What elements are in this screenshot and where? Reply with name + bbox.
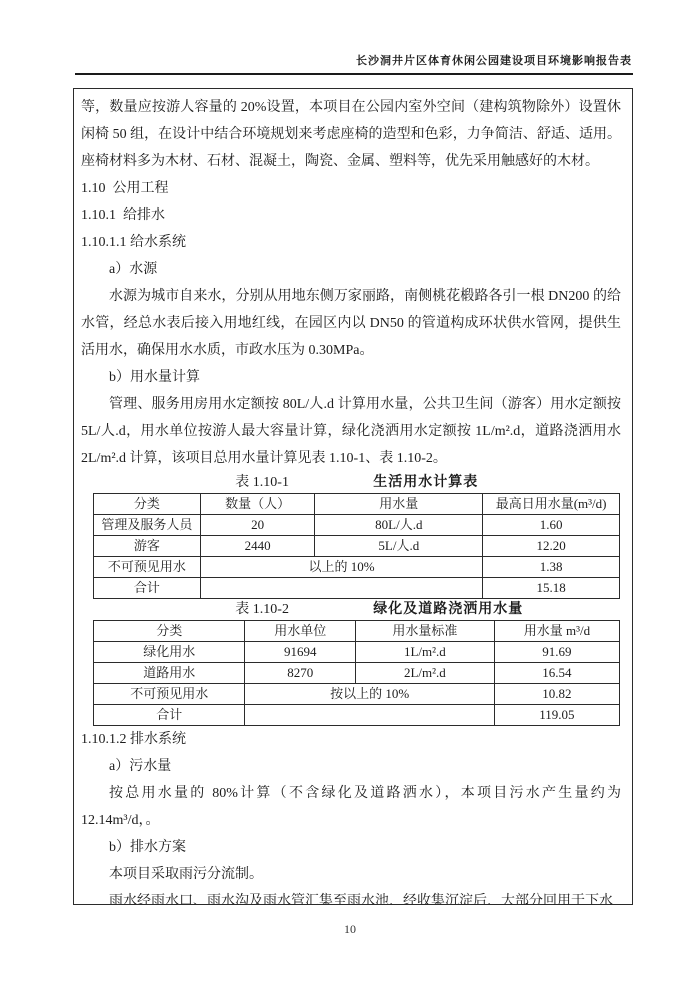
table-cell: 游客: [94, 536, 201, 557]
table-cell-merged: 按以上的 10%: [245, 684, 494, 705]
table1-row-unforeseen: 不可预见用水 以上的 10% 1.38: [94, 557, 620, 578]
header-rule: [75, 73, 633, 75]
table2-col-header: 用水量标准: [355, 621, 494, 642]
table-cell: 15.18: [483, 578, 620, 599]
table-cell: 绿化用水: [94, 642, 245, 663]
table2-row-road: 道路用水 8270 2L/m².d 16.54: [94, 663, 620, 684]
table1-col-header: 最高日用水量(m³/d): [483, 494, 620, 515]
table1-col-header: 数量（人）: [200, 494, 315, 515]
table-cell: 10.82: [494, 684, 619, 705]
heading-water-supply-system: 1.10.1.1 给水系统: [81, 229, 621, 256]
table-cell: 1.60: [483, 515, 620, 536]
header-title: 长沙洞井片区体育休闲公园建设项目环境影响报告表: [356, 52, 632, 68]
table1-caption-title: 生活用水计算表: [373, 472, 478, 493]
table-cell: 91.69: [494, 642, 619, 663]
heading-drainage-system: 1.10.1.2 排水系统: [81, 726, 621, 753]
table-cell: 1.38: [483, 557, 620, 578]
table-cell: 不可预见用水: [94, 557, 201, 578]
page-number: 10: [0, 922, 700, 937]
table-cell: 管理及服务人员: [94, 515, 201, 536]
table-cell: 80L/人.d: [315, 515, 483, 536]
table1-row-visitors: 游客 2440 5L/人.d 12.20: [94, 536, 620, 557]
paragraph-water-source: 水源为城市自来水，分别从用地东侧万家丽路，南侧桃花椴路各引一根 DN200 的给…: [81, 283, 621, 364]
table2-col-header: 分类: [94, 621, 245, 642]
item-water-source: a）水源: [81, 256, 621, 283]
table-cell: 1L/m².d: [355, 642, 494, 663]
table2-row-unforeseen: 不可预见用水 按以上的 10% 10.82: [94, 684, 620, 705]
table-cell: 合计: [94, 705, 245, 726]
table1-header-row: 分类 数量（人） 用水量 最高日用水量(m³/d): [94, 494, 620, 515]
table2-row-total: 合计 119.05: [94, 705, 620, 726]
table-cell-merged: [245, 705, 494, 726]
table-cell-merged: [200, 578, 482, 599]
table-cell: 不可预见用水: [94, 684, 245, 705]
table-cell-merged: 以上的 10%: [200, 557, 482, 578]
table-cell: 119.05: [494, 705, 619, 726]
heading-public-works: 1.10 公用工程: [81, 175, 621, 202]
heading-water-drainage: 1.10.1 给排水: [81, 202, 621, 229]
table1-block: 表 1.10-1 生活用水计算表 分类 数量（人） 用水量 最高日用水量(m³/…: [93, 472, 620, 599]
paragraph-sewage-volume: 按总用水量的 80%计算（不含绿化及道路洒水），本项目污水产生量约为 12.14…: [81, 780, 621, 834]
table-greening-road-water: 分类 用水单位 用水量标准 用水量 m³/d 绿化用水 91694 1L/m².…: [93, 620, 620, 726]
item-sewage-volume: a）污水量: [81, 753, 621, 780]
table-cell: 20: [200, 515, 315, 536]
table-cell: 5L/人.d: [315, 536, 483, 557]
item-drainage-plan: b）排水方案: [81, 834, 621, 861]
table-cell: 16.54: [494, 663, 619, 684]
table2-block: 表 1.10-2 绿化及道路浇洒用水量 分类 用水单位 用水量标准 用水量 m³…: [93, 599, 620, 726]
table2-header-row: 分类 用水单位 用水量标准 用水量 m³/d: [94, 621, 620, 642]
document-page: 长沙洞井片区体育休闲公园建设项目环境影响报告表 等，数量应按游人容量的 20%设…: [0, 0, 700, 989]
table-cell: 12.20: [483, 536, 620, 557]
table-domestic-water-calc: 分类 数量（人） 用水量 最高日用水量(m³/d) 管理及服务人员 20 80L…: [93, 493, 620, 599]
table1-caption-label: 表 1.10-1: [235, 472, 289, 493]
content-box: 等，数量应按游人容量的 20%设置，本项目在公园内室外空间（建构筑物除外）设置休…: [73, 88, 633, 905]
table-cell: 道路用水: [94, 663, 245, 684]
paragraph-drainage-system: 本项目采取雨污分流制。: [81, 861, 621, 888]
table-cell: 91694: [245, 642, 355, 663]
paragraph-usage-calculation: 管理、服务用房用水定额按 80L/人.d 计算用水量，公共卫生间（游客）用水定额…: [81, 391, 621, 472]
table-cell: 8270: [245, 663, 355, 684]
table-cell: 2L/m².d: [355, 663, 494, 684]
table1-col-header: 用水量: [315, 494, 483, 515]
table1-col-header: 分类: [94, 494, 201, 515]
table-cell: 2440: [200, 536, 315, 557]
table2-row-greening: 绿化用水 91694 1L/m².d 91.69: [94, 642, 620, 663]
table2-col-header: 用水单位: [245, 621, 355, 642]
table1-row-total: 合计 15.18: [94, 578, 620, 599]
paragraph-rainwater: 雨水经雨水口、雨水沟及雨水管汇集至雨水池，经收集沉淀后，大部分回用于下水: [81, 888, 621, 905]
item-usage-calculation: b）用水量计算: [81, 364, 621, 391]
table1-caption: 表 1.10-1 生活用水计算表: [93, 472, 620, 493]
table2-col-header: 用水量 m³/d: [494, 621, 619, 642]
table2-caption-label: 表 1.10-2: [235, 599, 289, 620]
table2-caption-title: 绿化及道路浇洒用水量: [373, 599, 523, 620]
table-cell: 合计: [94, 578, 201, 599]
paragraph-seating: 等，数量应按游人容量的 20%设置，本项目在公园内室外空间（建构筑物除外）设置休…: [81, 94, 621, 175]
table2-caption: 表 1.10-2 绿化及道路浇洒用水量: [93, 599, 620, 620]
table1-row-staff: 管理及服务人员 20 80L/人.d 1.60: [94, 515, 620, 536]
